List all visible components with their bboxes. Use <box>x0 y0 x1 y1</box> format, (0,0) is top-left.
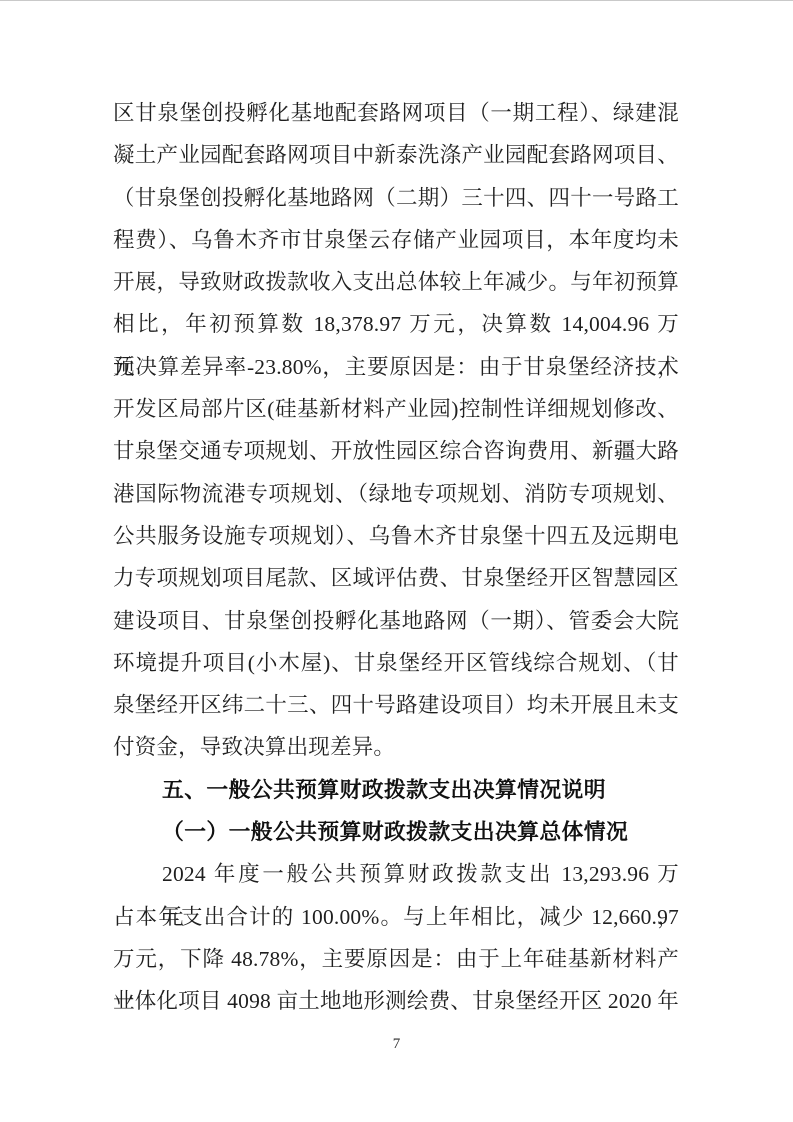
subsection-heading: （一）一般公共预算财政拨款支出决算总体情况 <box>113 811 679 853</box>
paragraph2-line: 万元，下降 48.78%，主要原因是：由于上年硅基新材料产业 <box>113 938 679 980</box>
paragraph1-line: 预决算差异率-23.80%，主要原因是：由于甘泉堡经济技术 <box>113 346 679 388</box>
paragraph1-line: （甘泉堡创投孵化基地路网（二期）三十四、四十一号路工 <box>113 177 679 219</box>
paragraph1-line: 建设项目、甘泉堡创投孵化基地路网（一期）、管委会大院 <box>113 600 679 642</box>
paragraph1-line: 开展，导致财政拨款收入支出总体较上年减少。与年初预算 <box>113 261 679 303</box>
paragraph1-line: 相比，年初预算数 18,378.97 万元，决算数 14,004.96 万元， <box>113 303 679 345</box>
paragraph1-line: 港国际物流港专项规划、（绿地专项规划、消防专项规划、 <box>113 473 679 515</box>
paragraph1-line: 开发区局部片区(硅基新材料产业园)控制性详细规划修改、 <box>113 388 679 430</box>
text-block: 区甘泉堡创投孵化基地配套路网项目（一期工程）、绿建混 凝土产业园配套路网项目中新… <box>113 92 679 1023</box>
section-heading: 五、一般公共预算财政拨款支出决算情况说明 <box>113 769 679 811</box>
page-top-edge-line <box>0 0 793 1</box>
paragraph1-line: 甘泉堡交通专项规划、开放性园区综合咨询费用、新疆大路 <box>113 430 679 472</box>
paragraph1-line: 泉堡经开区纬二十三、四十号路建设项目）均未开展且未支 <box>113 684 679 726</box>
page-number: 7 <box>0 1033 793 1055</box>
paragraph2-line: 2024 年度一般公共预算财政拨款支出 13,293.96 万元， <box>113 853 679 895</box>
paragraph2-line: 一体化项目 4098 亩土地地形测绘费、甘泉堡经开区 2020 年 <box>113 980 679 1022</box>
document-page: 区甘泉堡创投孵化基地配套路网项目（一期工程）、绿建混 凝土产业园配套路网项目中新… <box>0 0 793 1122</box>
paragraph1-line: 公共服务设施专项规划）、乌鲁木齐甘泉堡十四五及远期电 <box>113 515 679 557</box>
paragraph1-line: 凝土产业园配套路网项目中新泰洗涤产业园配套路网项目、 <box>113 134 679 176</box>
paragraph1-last-line: 付资金，导致决算出现差异。 <box>113 726 679 768</box>
paragraph2-line: 占本年支出合计的 100.00%。与上年相比，减少 12,660.97 <box>113 896 679 938</box>
paragraph1-line: 程费）、乌鲁木齐市甘泉堡云存储产业园项目，本年度均未 <box>113 219 679 261</box>
paragraph1-line: 环境提升项目(小木屋)、甘泉堡经开区管线综合规划、（甘 <box>113 642 679 684</box>
paragraph1-line: 力专项规划项目尾款、区域评估费、甘泉堡经开区智慧园区 <box>113 557 679 599</box>
paragraph1-line: 区甘泉堡创投孵化基地配套路网项目（一期工程）、绿建混 <box>113 92 679 134</box>
